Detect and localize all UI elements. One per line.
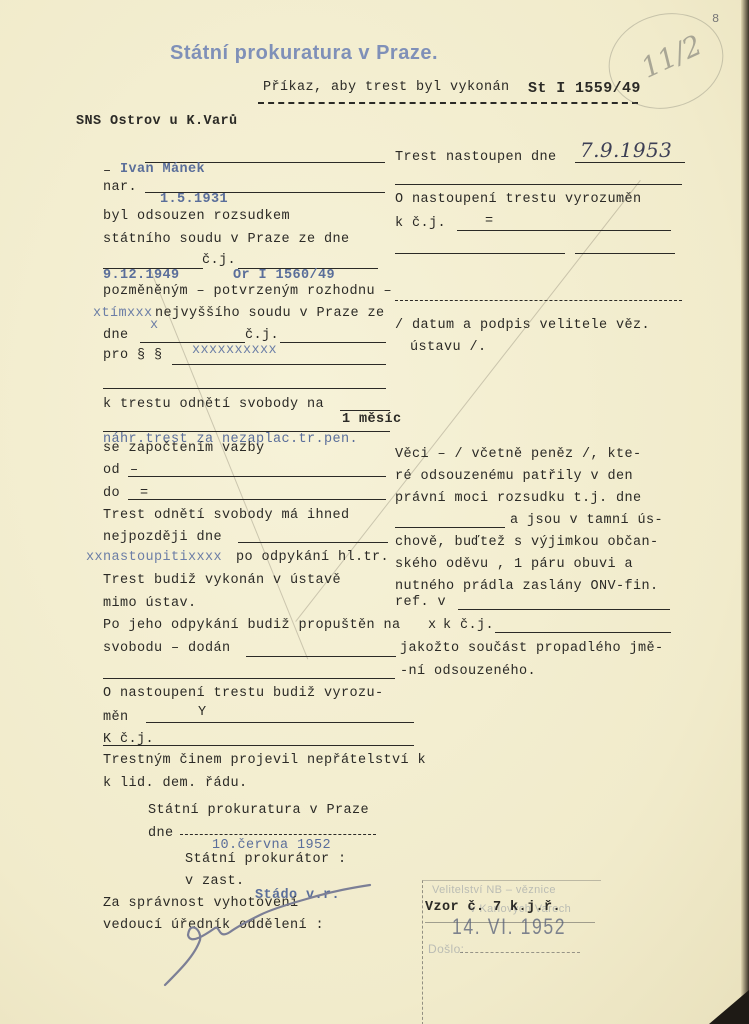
received-label: Došlo: — [428, 942, 464, 956]
things-line: ré odsouzenému patřily v den — [395, 469, 633, 484]
strike-mark: x — [150, 318, 159, 333]
signature-line — [395, 300, 682, 301]
hostility-text-2: k lid. dem. řádu. — [103, 776, 248, 791]
prosecutor-label: Státní prokurátor : — [185, 852, 347, 867]
sentence-length: 1 měsíc — [342, 412, 402, 427]
after-main-sentence: po odpykání hl.tr. — [236, 550, 389, 565]
stamp-institution: Velitelství NB – věznice — [432, 884, 556, 896]
dne-label: dne — [103, 328, 129, 343]
higher-court-text: nejvyššího soudu v Praze ze — [155, 306, 385, 321]
things-line: chově, buďtež s výjimkou občan- — [395, 535, 659, 550]
deadline-text: nejpozději dne — [103, 530, 222, 545]
notify-text: O nastoupení trestu budiž vyrozu- — [103, 686, 384, 701]
kcj-label-right: k č.j. — [395, 216, 446, 231]
page-mark: 8 — [712, 12, 720, 26]
name-prefix: – — [103, 164, 112, 179]
od-label: od — [103, 463, 120, 478]
birth-date: 1.5.1931 — [160, 192, 228, 207]
things-line: Věci – / včetně peněz /, kte- — [395, 447, 642, 462]
signature-caption-2: ústavu /. — [410, 340, 487, 355]
things-line: ského oděvu , 1 páru obuvi a — [395, 557, 633, 572]
office-stamp: Státní prokuratura v Praze. — [170, 42, 438, 65]
notified-label: O nastoupení trestu vyrozuměn — [395, 192, 642, 207]
release-x: x — [428, 618, 437, 633]
cj-label-2: č.j. — [245, 328, 279, 343]
started-label: Trest nastoupen dne — [395, 150, 557, 165]
convict-name: Ivan Mánek — [120, 162, 205, 177]
title-underline — [258, 102, 638, 104]
footer-dne-label: dne — [148, 826, 174, 841]
handwritten-signature — [160, 880, 380, 990]
sentence-text: k trestu odnětí svobody na — [103, 397, 324, 412]
document-title: Příkaz, aby trest byl vykonán — [263, 80, 510, 95]
sentenced-text: byl odsouzen rozsudkem — [103, 209, 290, 224]
do-label: do — [103, 486, 120, 501]
cj-label: č.j. — [202, 253, 236, 268]
things-line: ref. v — [395, 595, 446, 610]
paragraph-label: pro § § — [103, 348, 163, 363]
freedom-text: svobodu – dodán — [103, 641, 231, 656]
release-text: Po jeho odpykání budiž propuštěn na — [103, 618, 401, 633]
struck-start: xxnastoupitixxxx — [86, 550, 222, 565]
verdict-cj: Or I 1560/49 — [233, 268, 335, 283]
date-stamp: 10.června 1952 — [212, 838, 331, 853]
notify-text-2: měn — [103, 710, 129, 725]
office-line: Státní prokuratura v Praze — [148, 803, 369, 818]
received-date: 14. VI. 1952 — [452, 914, 566, 940]
outside-text: mimo ústav. — [103, 596, 197, 611]
verdict-date: 9.12.1949 — [103, 268, 180, 283]
things-line: a jsou v tamní ús- — [510, 513, 663, 528]
strike-row: xxxxxxxxxx — [192, 343, 277, 358]
form-number: Vzor č. 7 k.j.ř. — [425, 900, 561, 915]
custody-text: se započtením vazby — [103, 441, 265, 456]
hostility-text: Trestným činem projevil nepřátelství k — [103, 753, 426, 768]
court-text: státního soudu v Praze ze dne — [103, 232, 350, 247]
started-date: 7.9.1953 — [580, 138, 672, 162]
start-text: Trest odnětí svobody má ihned — [103, 508, 350, 523]
document-page: Státní prokuratura v Praze. Příkaz, aby … — [0, 0, 749, 1024]
torn-corner — [709, 990, 749, 1024]
modified-text: pozměněným – potvrzeným rozhodnu – — [103, 284, 392, 299]
struck-text: xtímxxx — [93, 306, 153, 321]
kcj-label-right-2: k č.j. — [443, 618, 494, 633]
things-line: nutného prádla zaslány ONV-fin. — [395, 579, 659, 594]
property-text-2: -ní odsouzeného. — [400, 664, 536, 679]
things-line: právní moci rozsudku t.j. dne — [395, 491, 642, 506]
recipient: SNS Ostrov u K.Varů — [76, 114, 238, 129]
notify-mark: Y — [198, 705, 207, 720]
born-label: nar. — [103, 180, 137, 195]
page-edge-shadow — [741, 0, 749, 1024]
kcj-value-right: = — [485, 214, 494, 229]
execute-text: Trest budiž vykonán v ústavě — [103, 573, 341, 588]
property-text: jakožto součást propadlého jmě- — [400, 641, 664, 656]
signature-caption: / datum a podpis velitele věz. — [395, 318, 650, 333]
